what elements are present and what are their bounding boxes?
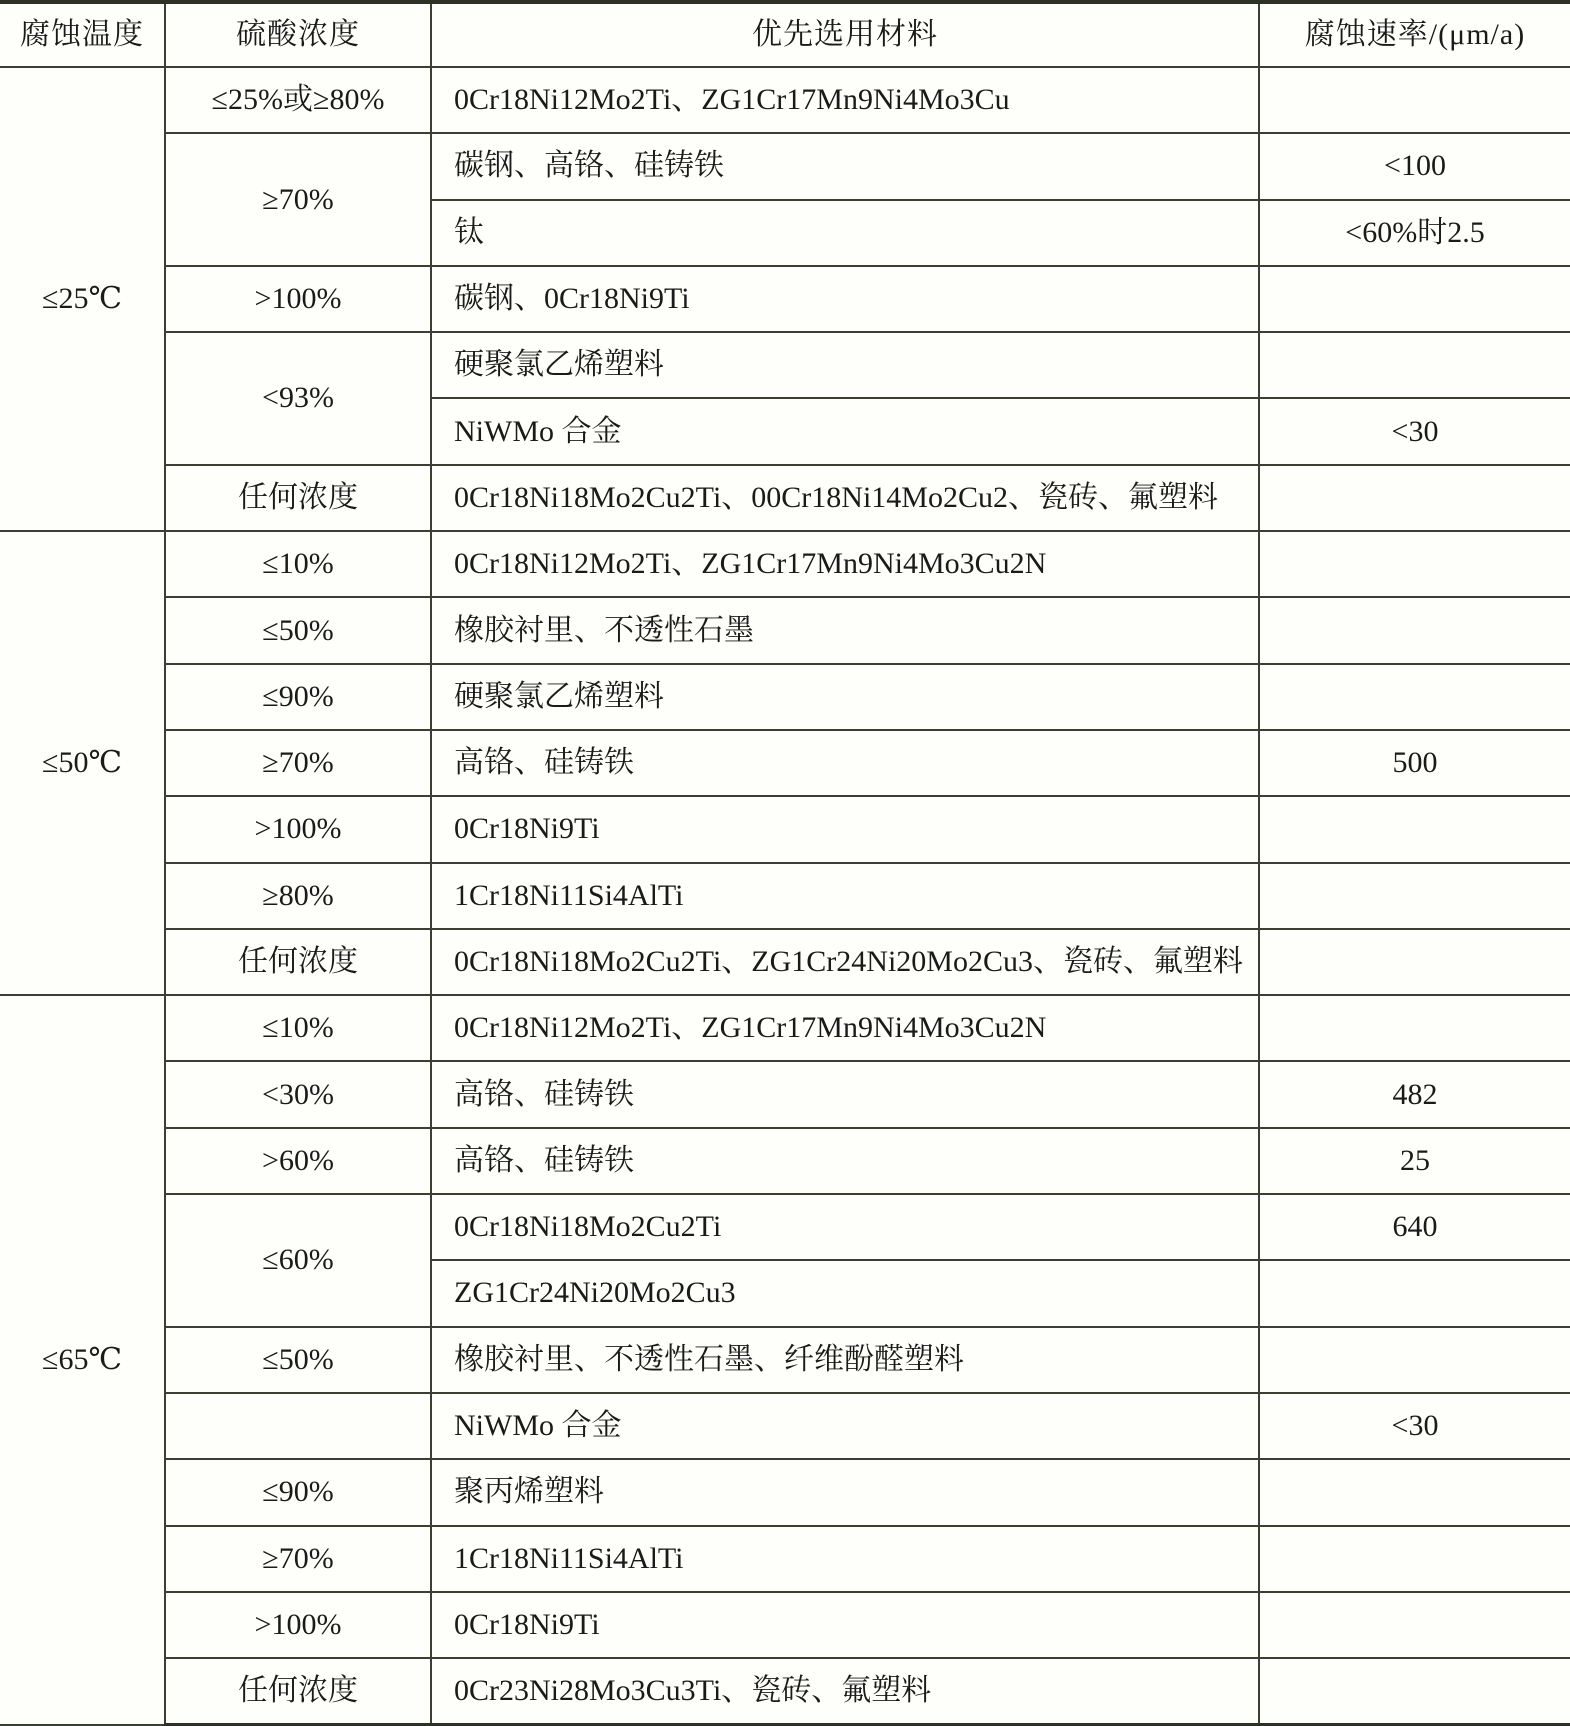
material-cell: 1Cr18Ni11Si4AlTi: [431, 863, 1259, 929]
rate-cell: [1259, 1459, 1570, 1525]
rate-cell: 640: [1259, 1194, 1570, 1260]
concentration-cell: ≥70%: [165, 730, 431, 796]
rate-cell: [1259, 1592, 1570, 1658]
table-row: >100% 碳钢、0Cr18Ni9Ti: [0, 266, 1570, 332]
rate-cell: [1259, 1260, 1570, 1326]
material-cell: 0Cr18Ni18Mo2Cu2Ti、ZG1Cr24Ni20Mo2Cu3、瓷砖、氟…: [431, 929, 1259, 995]
table-row: ≤65℃ ≤10% 0Cr18Ni12Mo2Ti、ZG1Cr17Mn9Ni4Mo…: [0, 995, 1570, 1061]
rate-cell: [1259, 863, 1570, 929]
table-row: ≤90% 聚丙烯塑料: [0, 1459, 1570, 1525]
concentration-cell: ≤50%: [165, 597, 431, 663]
material-cell: 0Cr18Ni18Mo2Cu2Ti: [431, 1194, 1259, 1260]
concentration-cell: 任何浓度: [165, 465, 431, 531]
material-cell: 橡胶衬里、不透性石墨、纤维酚醛塑料: [431, 1327, 1259, 1393]
material-cell: 橡胶衬里、不透性石墨: [431, 597, 1259, 663]
rate-cell: [1259, 796, 1570, 862]
table-row: ≤50℃ ≤10% 0Cr18Ni12Mo2Ti、ZG1Cr17Mn9Ni4Mo…: [0, 531, 1570, 597]
concentration-cell: ≥70%: [165, 1526, 431, 1592]
temperature-cell: ≤65℃: [0, 995, 165, 1725]
table-row: 任何浓度 0Cr18Ni18Mo2Cu2Ti、00Cr18Ni14Mo2Cu2、…: [0, 465, 1570, 531]
rate-cell: [1259, 929, 1570, 995]
material-cell: ZG1Cr24Ni20Mo2Cu3: [431, 1260, 1259, 1326]
material-cell: 硬聚氯乙烯塑料: [431, 332, 1259, 398]
header-temperature: 腐蚀温度: [0, 2, 165, 67]
rate-cell: [1259, 266, 1570, 332]
material-cell: NiWMo 合金: [431, 398, 1259, 464]
table-row: ≥80% 1Cr18Ni11Si4AlTi: [0, 863, 1570, 929]
table-row: <93% 硬聚氯乙烯塑料: [0, 332, 1570, 398]
corrosion-materials-table: 腐蚀温度 硫酸浓度 优先选用材料 腐蚀速率/(μm/a) ≤25℃ ≤25%或≥…: [0, 0, 1570, 1726]
rate-cell: [1259, 531, 1570, 597]
concentration-cell: <93%: [165, 332, 431, 465]
material-cell: 0Cr18Ni12Mo2Ti、ZG1Cr17Mn9Ni4Mo3Cu: [431, 67, 1259, 133]
material-cell: 聚丙烯塑料: [431, 1459, 1259, 1525]
concentration-cell: >100%: [165, 266, 431, 332]
table-row: ≥70% 碳钢、高铬、硅铸铁 <100: [0, 133, 1570, 199]
table-row: ≤25℃ ≤25%或≥80% 0Cr18Ni12Mo2Ti、ZG1Cr17Mn9…: [0, 67, 1570, 133]
table-row: >100% 0Cr18Ni9Ti: [0, 1592, 1570, 1658]
table-row: ≤50% 橡胶衬里、不透性石墨、纤维酚醛塑料: [0, 1327, 1570, 1393]
material-cell: 碳钢、0Cr18Ni9Ti: [431, 266, 1259, 332]
temperature-cell: ≤50℃: [0, 531, 165, 995]
concentration-cell: <30%: [165, 1061, 431, 1127]
concentration-cell: ≥80%: [165, 863, 431, 929]
concentration-cell: >60%: [165, 1128, 431, 1194]
concentration-cell: ≤90%: [165, 1459, 431, 1525]
table-row: ≥70% 1Cr18Ni11Si4AlTi: [0, 1526, 1570, 1592]
rate-cell: [1259, 1327, 1570, 1393]
material-cell: 高铬、硅铸铁: [431, 1128, 1259, 1194]
header-concentration: 硫酸浓度: [165, 2, 431, 67]
table-row: ≤90% 硬聚氯乙烯塑料: [0, 664, 1570, 730]
rate-cell: 500: [1259, 730, 1570, 796]
concentration-cell: ≤50%: [165, 1327, 431, 1393]
material-cell: 0Cr18Ni12Mo2Ti、ZG1Cr17Mn9Ni4Mo3Cu2N: [431, 995, 1259, 1061]
header-material: 优先选用材料: [431, 2, 1259, 67]
material-cell: 0Cr18Ni9Ti: [431, 1592, 1259, 1658]
rate-cell: 25: [1259, 1128, 1570, 1194]
header-row: 腐蚀温度 硫酸浓度 优先选用材料 腐蚀速率/(μm/a): [0, 2, 1570, 67]
material-cell: 碳钢、高铬、硅铸铁: [431, 133, 1259, 199]
concentration-cell: ≤60%: [165, 1194, 431, 1327]
concentration-cell: >100%: [165, 1592, 431, 1658]
material-cell: 钛: [431, 200, 1259, 266]
table-row: >100% 0Cr18Ni9Ti: [0, 796, 1570, 862]
concentration-cell: 任何浓度: [165, 929, 431, 995]
table-row: ≤60% 0Cr18Ni18Mo2Cu2Ti 640: [0, 1194, 1570, 1260]
rate-cell: [1259, 664, 1570, 730]
rate-cell: [1259, 995, 1570, 1061]
table-row: NiWMo 合金 <30: [0, 1393, 1570, 1459]
concentration-cell: ≤10%: [165, 531, 431, 597]
rate-cell: <60%时2.5: [1259, 200, 1570, 266]
rate-cell: [1259, 1526, 1570, 1592]
material-cell: 1Cr18Ni11Si4AlTi: [431, 1526, 1259, 1592]
table-row: 任何浓度 0Cr23Ni28Mo3Cu3Ti、瓷砖、氟塑料: [0, 1658, 1570, 1725]
concentration-cell: >100%: [165, 796, 431, 862]
concentration-cell: 任何浓度: [165, 1658, 431, 1725]
material-cell: 硬聚氯乙烯塑料: [431, 664, 1259, 730]
material-cell: NiWMo 合金: [431, 1393, 1259, 1459]
concentration-cell: ≤25%或≥80%: [165, 67, 431, 133]
material-cell: 0Cr18Ni9Ti: [431, 796, 1259, 862]
material-cell: 高铬、硅铸铁: [431, 1061, 1259, 1127]
table-row: 任何浓度 0Cr18Ni18Mo2Cu2Ti、ZG1Cr24Ni20Mo2Cu3…: [0, 929, 1570, 995]
header-rate: 腐蚀速率/(μm/a): [1259, 2, 1570, 67]
rate-cell: [1259, 597, 1570, 663]
material-cell: 高铬、硅铸铁: [431, 730, 1259, 796]
table-row: ≥70% 高铬、硅铸铁 500: [0, 730, 1570, 796]
table-row: ≤50% 橡胶衬里、不透性石墨: [0, 597, 1570, 663]
material-cell: 0Cr18Ni18Mo2Cu2Ti、00Cr18Ni14Mo2Cu2、瓷砖、氟塑…: [431, 465, 1259, 531]
rate-cell: 482: [1259, 1061, 1570, 1127]
material-cell: 0Cr18Ni12Mo2Ti、ZG1Cr17Mn9Ni4Mo3Cu2N: [431, 531, 1259, 597]
rate-cell: [1259, 332, 1570, 398]
rate-cell: <30: [1259, 398, 1570, 464]
material-cell: 0Cr23Ni28Mo3Cu3Ti、瓷砖、氟塑料: [431, 1658, 1259, 1725]
rate-cell: <100: [1259, 133, 1570, 199]
table-row: <30% 高铬、硅铸铁 482: [0, 1061, 1570, 1127]
concentration-cell: ≤90%: [165, 664, 431, 730]
table-row: >60% 高铬、硅铸铁 25: [0, 1128, 1570, 1194]
temperature-cell: ≤25℃: [0, 67, 165, 531]
rate-cell: [1259, 1658, 1570, 1725]
concentration-cell: [165, 1393, 431, 1459]
rate-cell: [1259, 465, 1570, 531]
rate-cell: <30: [1259, 1393, 1570, 1459]
concentration-cell: ≤10%: [165, 995, 431, 1061]
concentration-cell: ≥70%: [165, 133, 431, 266]
rate-cell: [1259, 67, 1570, 133]
